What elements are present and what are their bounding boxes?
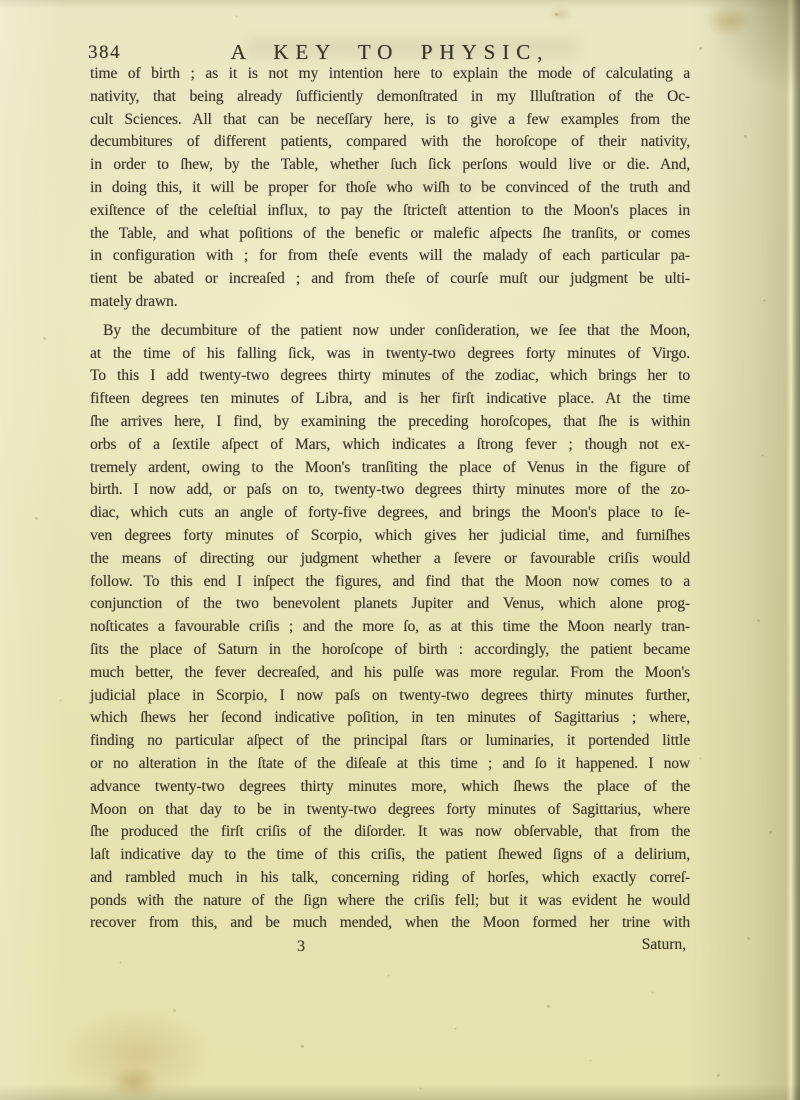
text-line: ven degrees forty minutes of Scorpio, wh… xyxy=(90,525,690,548)
text-line: decumbitures of different patients, comp… xyxy=(90,131,690,154)
book-page-scan: 384 A KEY TO PHYSIC, time of birth ; as … xyxy=(0,0,800,1100)
text-line: ſits the place of Saturn in the horoſcop… xyxy=(90,639,690,662)
text-line: and rambled much in his talk, concerning… xyxy=(90,867,690,890)
paragraph: By the decumbiture of the patient now un… xyxy=(90,320,690,936)
text-line: fifteen degrees ten minutes of Libra, an… xyxy=(90,388,690,411)
text-line: mately drawn. xyxy=(90,291,690,314)
text-line: follow. To this end I inſpect the figure… xyxy=(90,571,690,594)
text-line: in configuration with ; for from theſe e… xyxy=(90,245,690,268)
text-line: To this I add twenty-two degrees thirty … xyxy=(90,365,690,388)
text-line: nativity, that being already ſufficientl… xyxy=(90,86,690,109)
text-line: exiſtence of the celeſtial influx, to pa… xyxy=(90,200,690,223)
text-line: birth. I now add, or paſs on to, twenty-… xyxy=(90,479,690,502)
text-line: conjunction of the two benevolent planet… xyxy=(90,593,690,616)
text-line: ponds with the nature of the ſign where … xyxy=(90,890,690,913)
text-line: the means of directing our judgment whet… xyxy=(90,548,690,571)
text-line: much better, the fever decreaſed, and hi… xyxy=(90,662,690,685)
text-line: recover from this, and be much mended, w… xyxy=(90,912,690,935)
paper-stain xyxy=(548,6,574,22)
paper-stain xyxy=(706,6,752,36)
text-line: laſt indicative day to the time of this … xyxy=(90,844,690,867)
running-title: A KEY TO PHYSIC, xyxy=(90,40,690,64)
text-line: orbs of a ſextile aſpect of Mars, which … xyxy=(90,434,690,457)
paragraph: time of birth ; as it is not my intentio… xyxy=(90,63,690,314)
text-line: time of birth ; as it is not my intentio… xyxy=(90,63,690,86)
text-line: diac, which cuts an angle of forty-five … xyxy=(90,502,690,525)
text-line: Moon on that day to be in twenty-two deg… xyxy=(90,799,690,822)
text-line: By the decumbiture of the patient now un… xyxy=(90,320,690,343)
text-line: or no alteration in the ſtate of the diſ… xyxy=(90,753,690,776)
body-text: time of birth ; as it is not my intentio… xyxy=(90,63,690,935)
text-line: finding no particular aſpect of the prin… xyxy=(90,730,690,753)
text-line: cult Sciences. All that can be neceſſary… xyxy=(90,109,690,132)
text-line: in order to ſhew, by the Table, whether … xyxy=(90,154,690,177)
text-line: at the time of his falling ſick, was in … xyxy=(90,343,690,366)
text-line: which ſhews her ſecond indicative poſiti… xyxy=(90,707,690,730)
text-line: noſticates a favourable criſis ; and the… xyxy=(90,616,690,639)
paper-stain xyxy=(62,1008,212,1100)
text-line: in doing this, it will be proper for tho… xyxy=(90,177,690,200)
text-line: ſhe arrives here, I find, by examining t… xyxy=(90,411,690,434)
text-line: judicial place in Scorpio, I now paſs on… xyxy=(90,685,690,708)
text-line: tient be abated or increaſed ; and from … xyxy=(90,268,690,291)
text-line: advance twenty-two degrees thirty minute… xyxy=(90,776,690,799)
catchword: Saturn, xyxy=(90,936,686,954)
text-line: tremely ardent, owing to the Moon's tran… xyxy=(90,457,690,480)
text-line: ſhe produced the firſt criſis of the diſ… xyxy=(90,821,690,844)
paper-stain xyxy=(108,1066,160,1098)
text-line: the Table, and what poſitions of the ben… xyxy=(90,223,690,246)
paper-speckles xyxy=(0,0,1,1)
